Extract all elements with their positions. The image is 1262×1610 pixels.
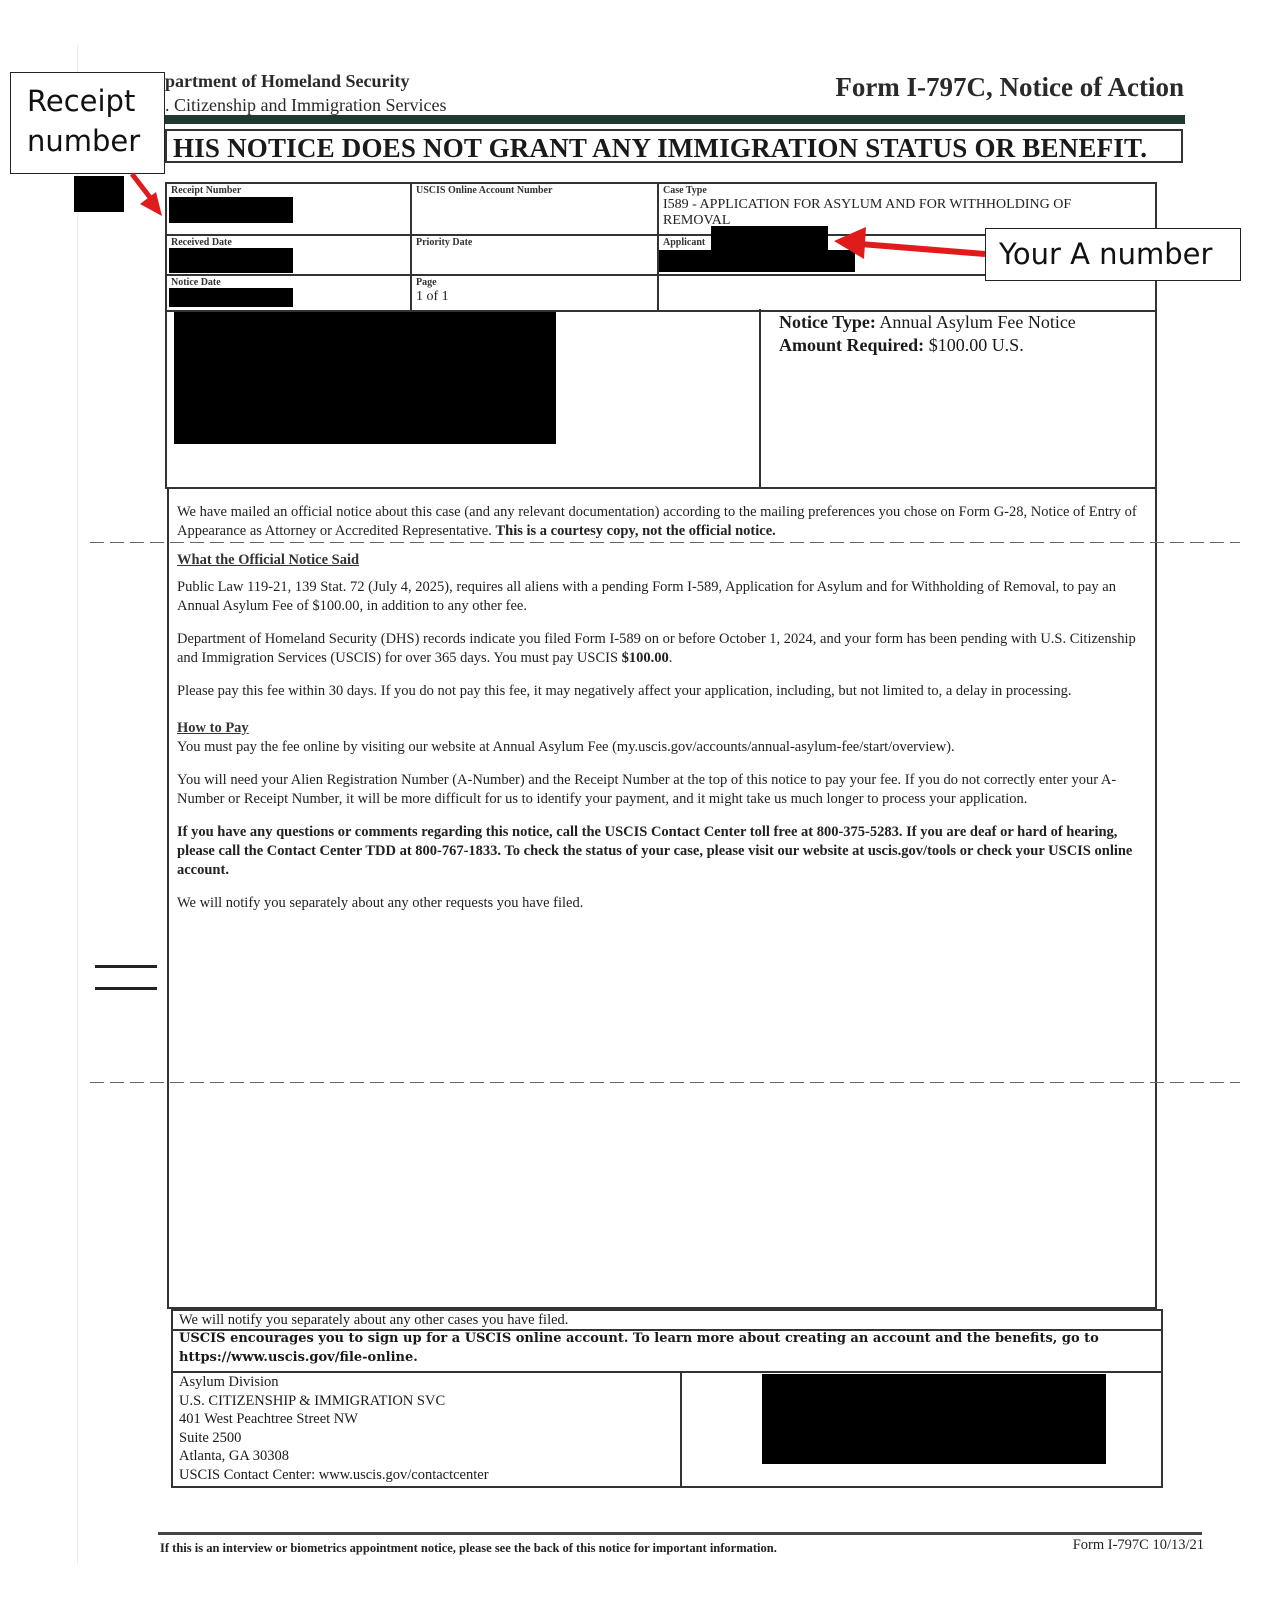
annotation-arrows [0, 0, 1262, 1610]
arrow-icon [132, 174, 162, 216]
arrow-icon [834, 227, 985, 259]
